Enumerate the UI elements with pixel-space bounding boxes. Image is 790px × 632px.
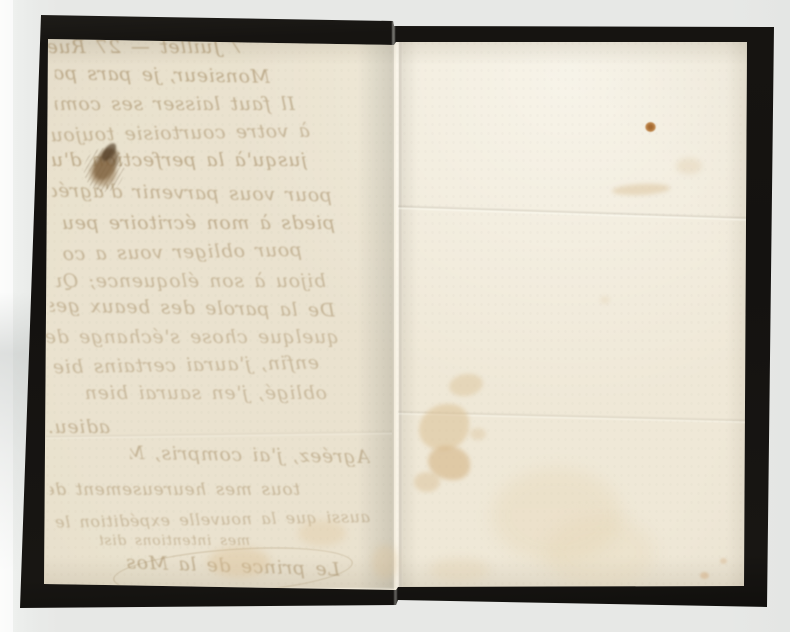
fold-shadow xyxy=(357,39,394,589)
hw-line: quelque chose s'échange de cette xyxy=(44,328,339,347)
water-stain xyxy=(298,520,346,546)
faint-stain xyxy=(676,158,702,174)
hw-line: mes intentions distinguées xyxy=(100,534,250,548)
letter-paper: 7 Juillet — 27 Rue de Montaigne Monsieur… xyxy=(0,0,790,632)
foxing-spot xyxy=(645,122,656,132)
water-stain xyxy=(208,547,270,577)
hw-line: Il faut laisser ses commissions xyxy=(55,95,295,114)
fold-fade xyxy=(401,39,418,588)
stain-freckle xyxy=(600,296,610,304)
scanned-letter-image: 7 Juillet — 27 Rue de Montaigne Monsieur… xyxy=(0,0,790,632)
stain-cloud xyxy=(545,515,655,590)
stain-freckle xyxy=(700,572,709,579)
water-stain xyxy=(470,428,486,440)
stain-freckle xyxy=(720,558,727,564)
water-stain xyxy=(372,545,398,579)
hw-line: tous mes heureusement dévoués, xyxy=(50,482,300,499)
border-fold-seam-top xyxy=(392,15,395,46)
hw-line: Monsieur, je pars pour l'Afrique, xyxy=(55,64,270,87)
water-stain xyxy=(414,472,440,492)
hw-line: obligé, j'en saurai bien xyxy=(52,384,327,403)
hw-line: bijou à son éloquence; Quel xyxy=(56,272,326,291)
ink-smudge-halo xyxy=(90,160,116,186)
hw-line: pieds à mon écritoire peu xyxy=(55,214,335,233)
stain-cloud xyxy=(430,558,490,582)
